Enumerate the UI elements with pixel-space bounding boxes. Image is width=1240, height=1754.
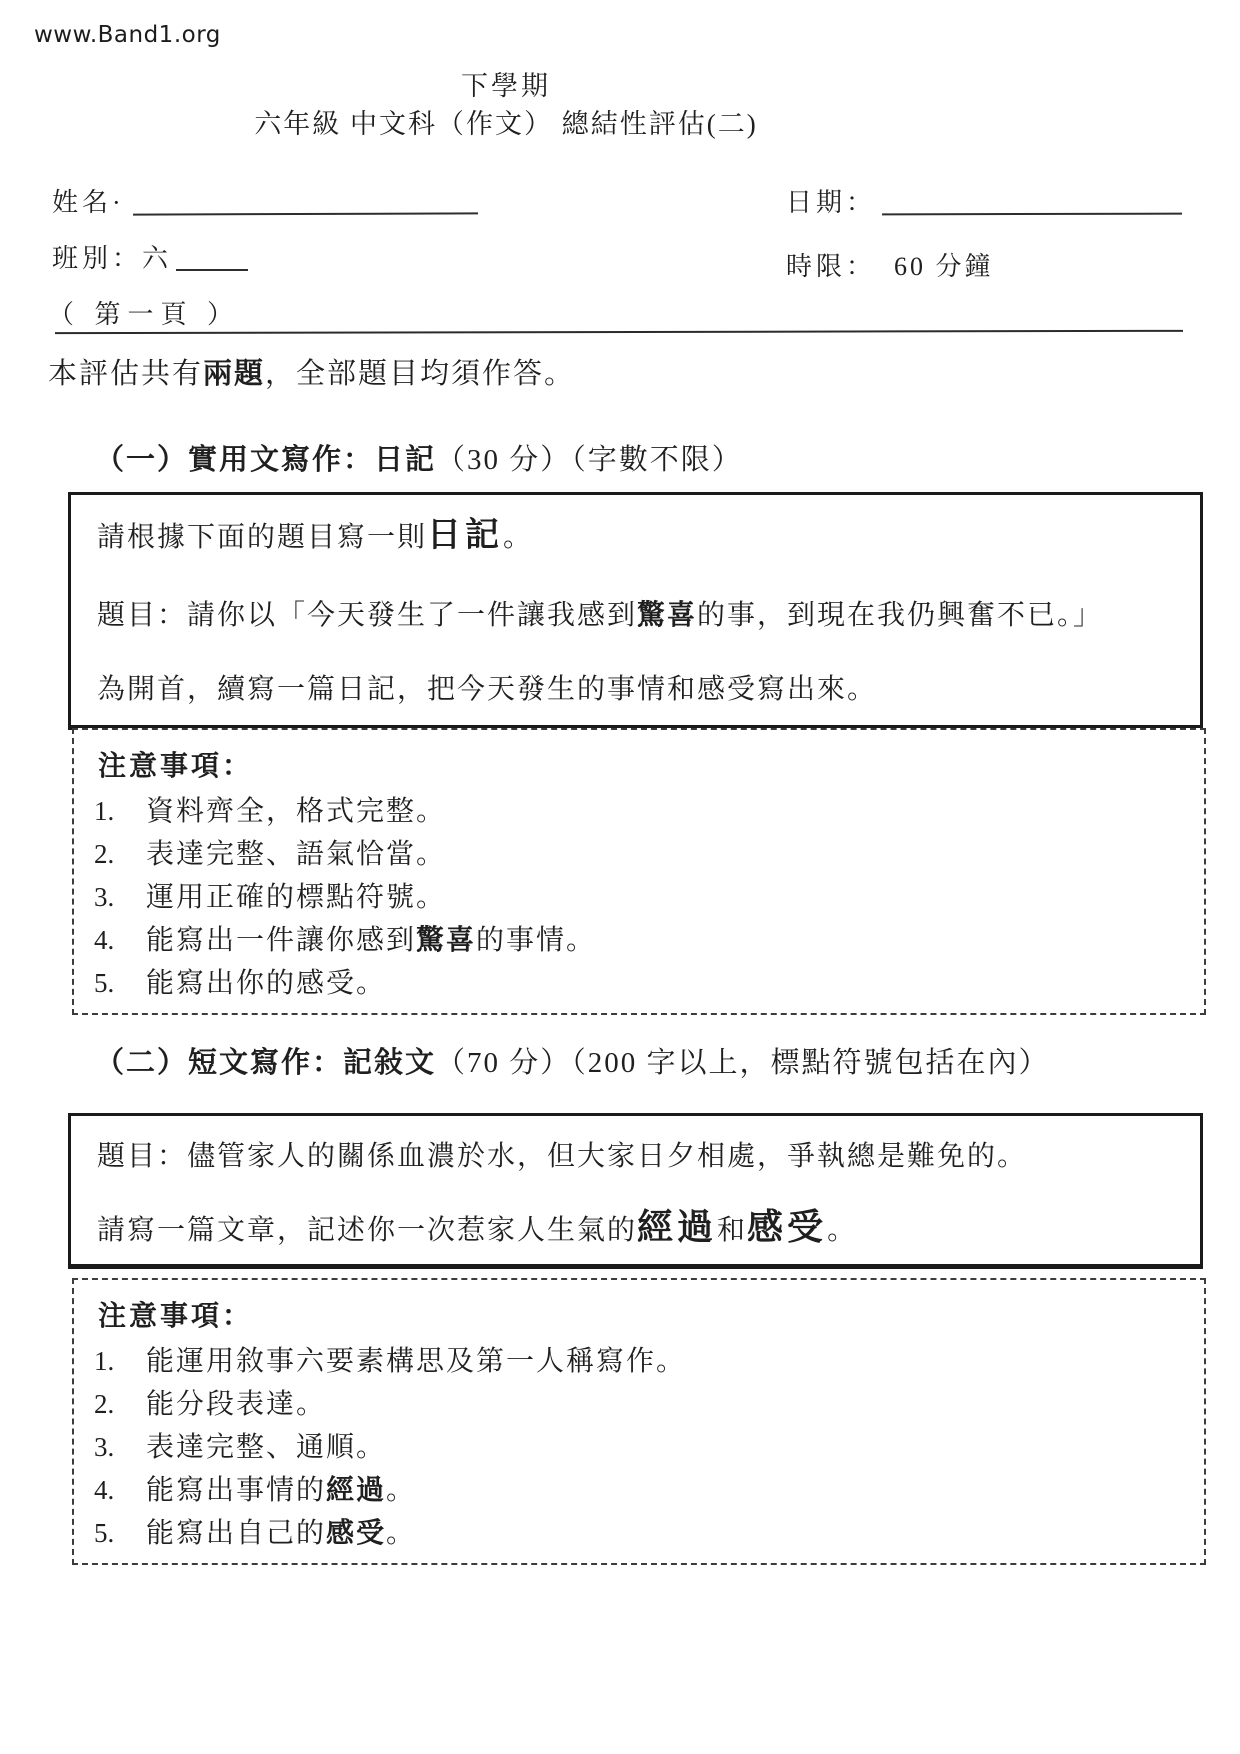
note-number: 2. <box>94 833 128 875</box>
note-item: 5. 能寫出你的感受。 <box>94 962 1184 1005</box>
note-text-bold: 感受 <box>326 1518 386 1549</box>
section2-notes-box: 注意事項： 1. 能運用敘事六要素構思及第一人稱寫作。 2. 能分段表達。 3.… <box>72 1278 1206 1565</box>
instruction-post: ，全部題目均須作答。 <box>265 358 575 390</box>
note-text-bold: 經過 <box>326 1475 386 1506</box>
note-text: 運用正確的標點符號。 <box>128 877 446 919</box>
s1-line1-bold: 日記 <box>427 517 503 554</box>
watermark-url: www.Band1.org <box>34 22 221 48</box>
section2-prompt-line2: 請寫一篇文章，記述你一次惹家人生氣的經過和感受。 <box>97 1206 1174 1252</box>
note-text: 能寫出事情的經過。 <box>128 1470 416 1512</box>
note-number: 1. <box>94 790 128 832</box>
note-text-post: 的事情。 <box>476 925 596 956</box>
note-item: 5. 能寫出自己的感受。 <box>94 1512 1184 1555</box>
note-text: 能分段表達。 <box>128 1384 326 1426</box>
section2-heading-detail: （70 分）（200 字以上，標點符號包括在內） <box>436 1047 1050 1079</box>
s1-line2-post: 的事，到現在我仍興奮不已。」 <box>697 600 1103 631</box>
name-blank-line <box>133 185 478 216</box>
note-text: 能運用敘事六要素構思及第一人稱寫作。 <box>128 1341 686 1383</box>
date-label: 日期： <box>786 188 876 217</box>
s2-line2-pre: 請寫一篇文章，記述你一次惹家人生氣的 <box>97 1215 637 1246</box>
note-item: 1. 能運用敘事六要素構思及第一人稱寫作。 <box>94 1340 1184 1383</box>
note-text: 表達完整、通順。 <box>128 1427 386 1469</box>
section2-heading: （二）短文寫作：記敍文（70 分）（200 字以上，標點符號包括在內） <box>95 1040 1050 1081</box>
note-item: 3. 運用正確的標點符號。 <box>94 876 1184 919</box>
section1-heading-title: （一）實用文寫作：日記 <box>95 444 436 476</box>
note-text-post: 。 <box>386 1518 416 1549</box>
note-text-pre: 運用正確的標點符號。 <box>146 882 446 913</box>
note-number: 3. <box>94 876 128 918</box>
note-text-pre: 能寫出一件讓你感到 <box>146 925 416 956</box>
note-item: 2. 表達完整、語氣恰當。 <box>94 833 1184 876</box>
note-text-pre: 能運用敘事六要素構思及第一人稱寫作。 <box>146 1346 686 1377</box>
instruction-bold: 兩題 <box>203 358 265 390</box>
time-limit-label: 時限： <box>786 252 876 281</box>
section1-prompt-line2: 題目：請你以「今天發生了一件讓我感到驚喜的事，到現在我仍興奮不已。」 <box>97 595 1174 637</box>
note-text-pre: 表達完整、語氣恰當。 <box>146 839 446 870</box>
note-number: 5. <box>94 1512 128 1554</box>
exam-paper-page: www.Band1.org 下學期 六年級 中文科（作文） 總結性評估(二) 姓… <box>0 0 1240 1754</box>
note-text: 表達完整、語氣恰當。 <box>128 834 446 876</box>
note-item: 2. 能分段表達。 <box>94 1383 1184 1426</box>
section1-prompt-line1: 請根據下面的題目寫一則日記。 <box>97 515 1174 559</box>
section1-prompt-box: 請根據下面的題目寫一則日記。 題目：請你以「今天發生了一件讓我感到驚喜的事，到現… <box>68 492 1203 730</box>
s1-line2-bold: 驚喜 <box>637 600 697 631</box>
note-text-pre: 能寫出你的感受。 <box>146 968 386 999</box>
note-text: 能寫出一件讓你感到驚喜的事情。 <box>128 920 596 962</box>
section1-heading-detail: （30 分）（字數不限） <box>436 444 743 476</box>
s2-line2-post: 。 <box>827 1215 857 1246</box>
time-limit-value: 60 分鐘 <box>894 252 994 281</box>
time-limit-field: 時限：60 分鐘 <box>786 246 994 283</box>
section2-heading-title: （二）短文寫作：記敍文 <box>95 1047 436 1079</box>
note-number: 4. <box>94 1469 128 1511</box>
note-item: 4. 能寫出一件讓你感到驚喜的事情。 <box>94 919 1184 962</box>
note-text: 資料齊全，格式完整。 <box>128 791 446 833</box>
exam-subtitle: 六年級 中文科（作文） 總結性評估(二) <box>0 102 1012 141</box>
note-text-pre: 能分段表達。 <box>146 1389 326 1420</box>
exam-term-title: 下學期 <box>0 64 1012 103</box>
s1-line1-pre: 請根據下面的題目寫一則 <box>97 522 427 553</box>
note-text-pre: 表達完整、通順。 <box>146 1432 386 1463</box>
s2-line2-mid: 和 <box>717 1215 747 1246</box>
s2-line2-bold1: 經過 <box>637 1207 717 1247</box>
date-field: 日期： <box>786 182 1182 219</box>
s1-line1-post: 。 <box>503 522 533 553</box>
section2-notes-title: 注意事項： <box>98 1294 1184 1334</box>
note-number: 4. <box>94 919 128 961</box>
section1-notes-title: 注意事項： <box>98 744 1184 784</box>
note-item: 3. 表達完整、通順。 <box>94 1426 1184 1469</box>
page-number-marker: （ 第一頁 ） <box>48 294 240 331</box>
section2-prompt-box: 題目：儘管家人的關係血濃於水，但大家日夕相處，爭執總是難免的。 請寫一篇文章，記… <box>68 1113 1203 1269</box>
general-instruction: 本評估共有兩題，全部題目均須作答。 <box>48 351 575 392</box>
note-item: 1. 資料齊全，格式完整。 <box>94 790 1184 833</box>
section1-notes-box: 注意事項： 1. 資料齊全，格式完整。 2. 表達完整、語氣恰當。 3. 運用正… <box>72 728 1206 1015</box>
note-item: 4. 能寫出事情的經過。 <box>94 1469 1184 1512</box>
note-number: 3. <box>94 1426 128 1468</box>
note-text-bold: 驚喜 <box>416 925 476 956</box>
note-text: 能寫出自己的感受。 <box>128 1513 416 1555</box>
note-number: 1. <box>94 1340 128 1382</box>
class-field: 班別：六 <box>52 238 248 275</box>
s2-line2-bold2: 感受 <box>747 1207 827 1247</box>
note-number: 2. <box>94 1383 128 1425</box>
section1-prompt-line3: 為開首，續寫一篇日記，把今天發生的事情和感受寫出來。 <box>97 669 1174 711</box>
note-number: 5. <box>94 962 128 1004</box>
note-text-post: 。 <box>386 1475 416 1506</box>
note-text-pre: 能寫出自己的 <box>146 1518 326 1549</box>
section2-prompt-line1: 題目：儘管家人的關係血濃於水，但大家日夕相處，爭執總是難免的。 <box>97 1136 1174 1178</box>
class-blank-line <box>176 242 248 271</box>
note-text-pre: 資料齊全，格式完整。 <box>146 796 446 827</box>
s1-line2-pre: 題目：請你以「今天發生了一件讓我感到 <box>97 600 637 631</box>
name-field: 姓名· <box>52 182 478 219</box>
note-text: 能寫出你的感受。 <box>128 963 386 1005</box>
section1-heading: （一）實用文寫作：日記（30 分）（字數不限） <box>95 437 743 478</box>
instruction-pre: 本評估共有 <box>48 358 203 390</box>
date-blank-line <box>882 185 1182 215</box>
name-label: 姓名· <box>52 188 125 217</box>
note-text-pre: 能寫出事情的 <box>146 1475 326 1506</box>
class-label: 班別：六 <box>52 244 172 273</box>
